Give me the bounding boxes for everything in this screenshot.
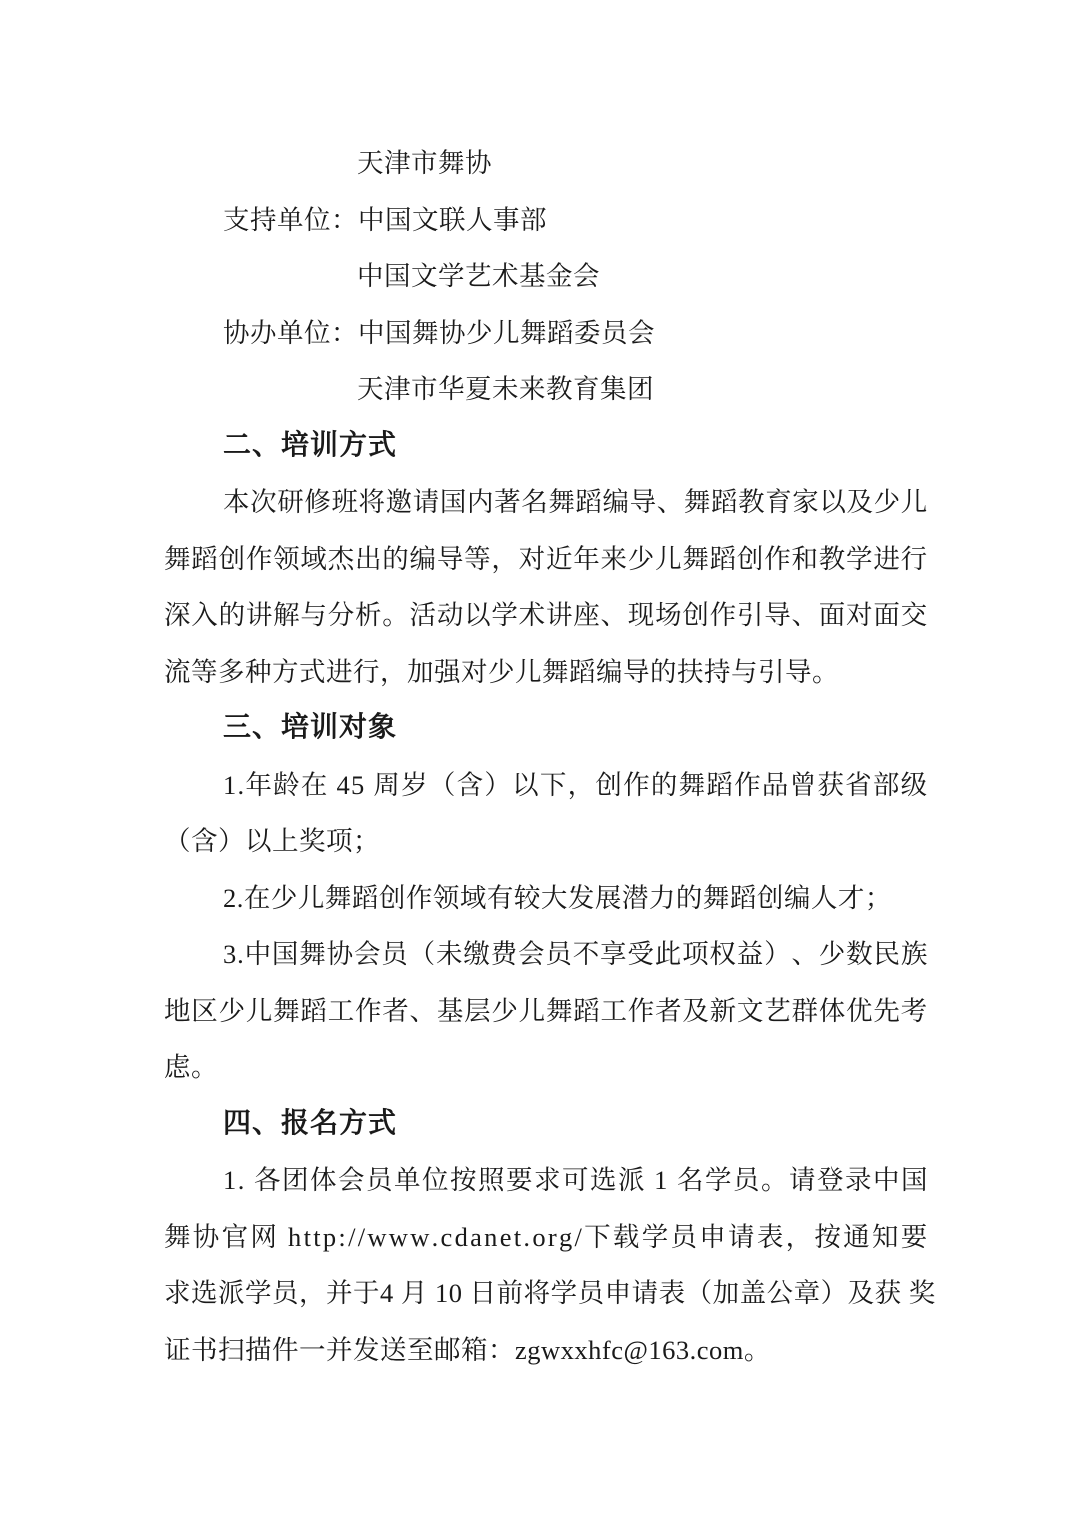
body-line-website-url: 舞协官网 http://www.cdanet.org/下载学员申请表，按通知要 [164,1209,928,1266]
body-line: 深入的讲解与分析。活动以学术讲座、现场创作引导、面对面交 [164,587,928,644]
body-line-deadline: 求选派学员，并于4 月 10 日前将学员申请表（加盖公章）及获 奖 [164,1265,928,1322]
body-line-email: 证书扫描件一并发送至邮箱：zgwxxhfc@163.com。 [164,1322,928,1379]
section-heading-training-method: 二、培训方式 [164,418,928,475]
body-line: 3.中国舞协会员（未缴费会员不享受此项权益）、少数民族 [164,926,928,983]
document-body: 天津市舞协 支持单位：中国文联人事部 中国文学艺术基金会 协办单位：中国舞协少儿… [164,135,928,1378]
body-line: 本次研修班将邀请国内著名舞蹈编导、舞蹈教育家以及少儿 [164,474,928,531]
co-organizers-continuation-line: 天津市华夏未来教育集团 [164,361,928,418]
section-heading-registration-method: 四、报名方式 [164,1096,928,1153]
body-line: 地区少儿舞蹈工作者、基层少儿舞蹈工作者及新文艺群体优先考 [164,983,928,1040]
body-line: 1.年龄在 45 周岁（含）以下，创作的舞蹈作品曾获省部级 [164,757,928,814]
co-organizers-line: 协办单位：中国舞协少儿舞蹈委员会 [164,305,928,362]
body-line: （含）以上奖项； [164,813,928,870]
support-units-continuation-line: 中国文学艺术基金会 [164,248,928,305]
document-page: 天津市舞协 支持单位：中国文联人事部 中国文学艺术基金会 协办单位：中国舞协少儿… [0,0,1080,1528]
host-org-continuation-line: 天津市舞协 [164,135,928,192]
body-line: 虑。 [164,1039,928,1096]
section-heading-training-target: 三、培训对象 [164,700,928,757]
support-units-line: 支持单位：中国文联人事部 [164,192,928,249]
body-line: 舞蹈创作领域杰出的编导等，对近年来少儿舞蹈创作和教学进行 [164,531,928,588]
body-line: 2.在少儿舞蹈创作领域有较大发展潜力的舞蹈创编人才； [164,870,928,927]
body-line: 1. 各团体会员单位按照要求可选派 1 名学员。请登录中国 [164,1152,928,1209]
body-line: 流等多种方式进行，加强对少儿舞蹈编导的扶持与引导。 [164,644,928,701]
